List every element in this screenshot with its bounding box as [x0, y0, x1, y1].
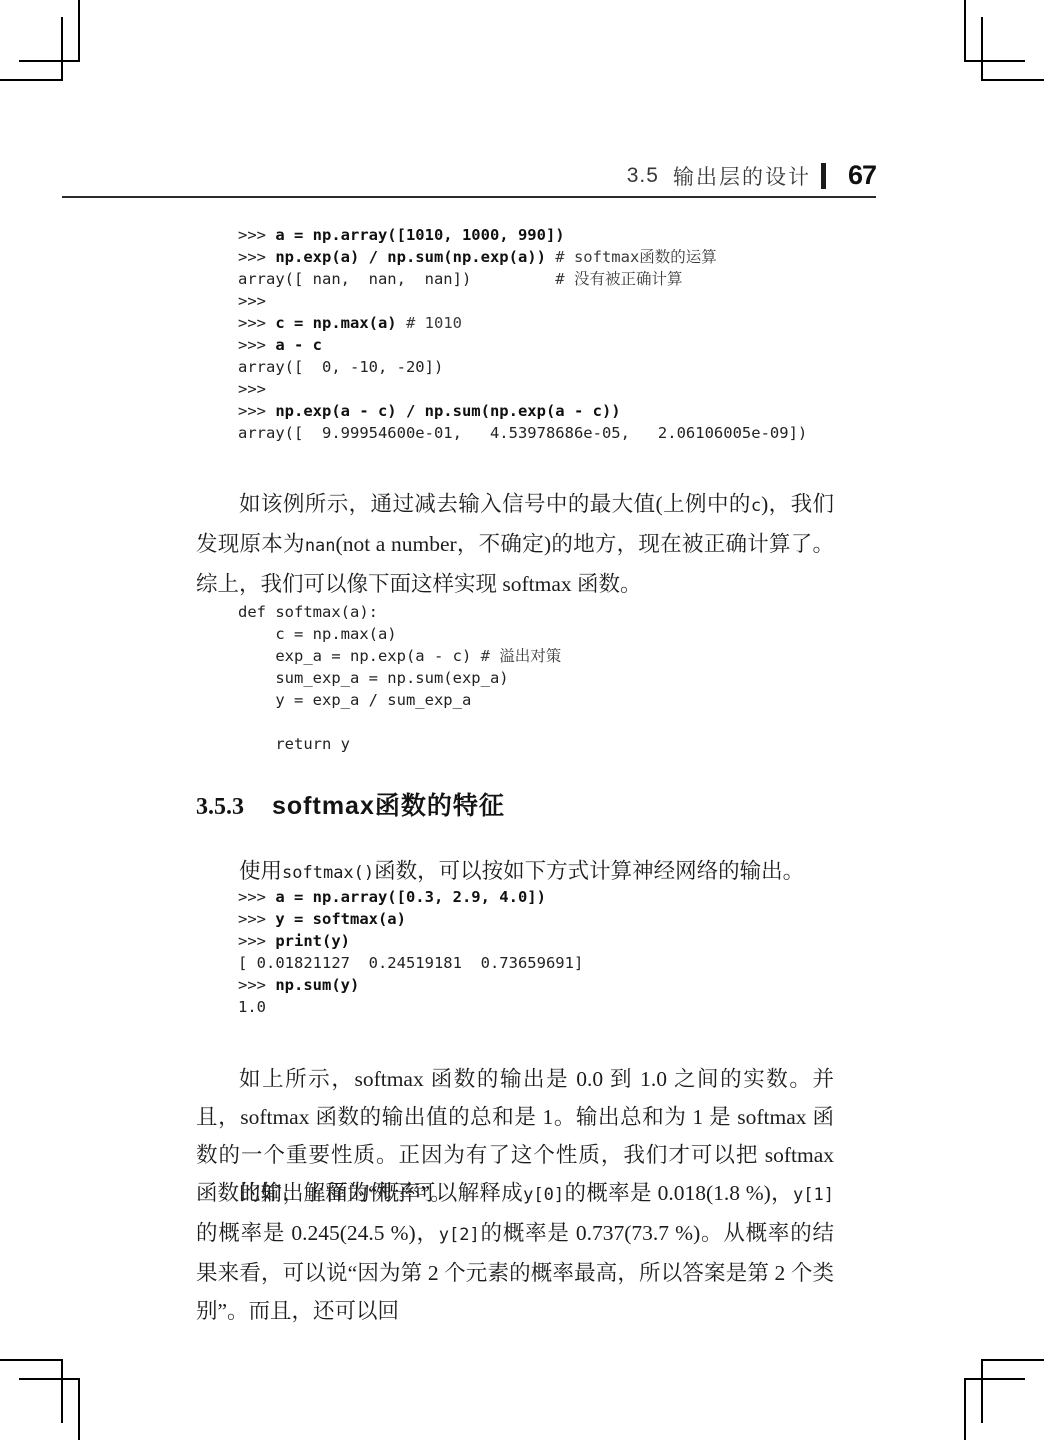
- crop-mark-top-right: [964, 60, 1025, 62]
- code-line: >>> a = np.array([0.3, 2.9, 4.0]): [238, 886, 583, 908]
- code-line: >>> np.exp(a - c) / np.sum(np.exp(a - c)…: [238, 400, 807, 422]
- crop-mark-bottom-left: [19, 1378, 80, 1380]
- inline-code: nan: [305, 536, 336, 556]
- inline-code: y[2]: [439, 1225, 480, 1245]
- code-line: array([ nan, nan, nan]) # 没有被正确计算: [238, 268, 807, 290]
- page-number: 67: [848, 160, 876, 191]
- crop-mark-bottom-right: [981, 1359, 983, 1423]
- code-line: sum_exp_a = np.sum(exp_a): [238, 667, 561, 689]
- header-section-number: 3.5: [627, 164, 659, 188]
- code-line: >>>: [238, 290, 807, 312]
- code-block-softmax-def: def softmax(a): c = np.max(a) exp_a = np…: [238, 601, 561, 755]
- text-segment: 比如，上面的例子可以解释成: [239, 1181, 523, 1205]
- code-line: def softmax(a):: [238, 601, 561, 623]
- code-line: >>> np.exp(a) / np.sum(np.exp(a)) # soft…: [238, 246, 807, 268]
- crop-mark-bottom-right: [964, 1378, 966, 1440]
- text-segment: 如该例所示，通过减去输入信号中的最大值(上例中的: [239, 492, 751, 516]
- section-heading: 3.5.3 softmax函数的特征: [196, 786, 505, 822]
- section-heading-number: 3.5.3: [196, 794, 244, 821]
- code-line: >>>: [238, 378, 807, 400]
- code-line: y = exp_a / sum_exp_a: [238, 689, 561, 711]
- code-block-softmax-usage: >>> a = np.array([0.3, 2.9, 4.0])>>> y =…: [238, 886, 583, 1018]
- code-line: >>> print(y): [238, 930, 583, 952]
- text-segment: 函数，可以按如下方式计算神经网络的输出。: [374, 859, 804, 883]
- code-line: array([ 0, -10, -20]): [238, 356, 807, 378]
- crop-mark-top-left: [19, 60, 80, 62]
- crop-mark-bottom-right: [964, 1378, 1025, 1380]
- code-block-overflow-example: >>> a = np.array([1010, 1000, 990])>>> n…: [238, 224, 807, 444]
- section-heading-title: softmax函数的特征: [272, 786, 505, 822]
- inline-code: c: [751, 496, 761, 516]
- header-section-title: 输出层的设计: [673, 161, 811, 191]
- text-segment: 的概率是 0.245(24.5 %)，: [196, 1221, 439, 1245]
- paragraph: 如该例所示，通过减去输入信号中的最大值(上例中的c)，我们发现原本为nan(no…: [196, 485, 834, 603]
- code-line: >>> np.sum(y): [238, 974, 583, 996]
- code-line: >>> y = softmax(a): [238, 908, 583, 930]
- code-line: return y: [238, 733, 561, 755]
- code-line: array([ 9.99954600e-01, 4.53978686e-05, …: [238, 422, 807, 444]
- crop-mark-top-right: [981, 17, 983, 81]
- code-line: 1.0: [238, 996, 583, 1018]
- crop-mark-bottom-left: [0, 1359, 63, 1361]
- code-line: c = np.max(a): [238, 623, 561, 645]
- text-segment: 使用: [239, 859, 282, 883]
- paragraph: 比如，上面的例子可以解释成y[0]的概率是 0.018(1.8 %)，y[1]的…: [196, 1174, 834, 1330]
- code-line: >>> a - c: [238, 334, 807, 356]
- crop-mark-bottom-right: [981, 1359, 1044, 1361]
- inline-code: softmax(): [282, 863, 374, 883]
- code-line: [238, 711, 561, 733]
- text-segment: 的概率是 0.018(1.8 %)，: [564, 1181, 793, 1205]
- code-line: [ 0.01821127 0.24519181 0.73659691]: [238, 952, 583, 974]
- crop-mark-top-left: [0, 79, 63, 81]
- code-line: >>> a = np.array([1010, 1000, 990]): [238, 224, 807, 246]
- page-header: 3.5 输出层的设计 67: [62, 160, 876, 191]
- crop-mark-top-left: [78, 0, 80, 62]
- code-line: exp_a = np.exp(a - c) # 溢出对策: [238, 645, 561, 667]
- inline-code: y[0]: [523, 1185, 564, 1205]
- header-rule: [62, 196, 876, 198]
- code-line: >>> c = np.max(a) # 1010: [238, 312, 807, 334]
- crop-mark-bottom-left: [78, 1378, 80, 1440]
- book-page: 3.5 输出层的设计 67 >>> a = np.array([1010, 10…: [0, 0, 1044, 1440]
- crop-mark-top-right: [964, 0, 966, 62]
- crop-mark-bottom-left: [61, 1359, 63, 1423]
- crop-mark-top-right: [981, 79, 1044, 81]
- crop-mark-top-left: [61, 17, 63, 81]
- header-divider-bar: [821, 163, 826, 189]
- inline-code: y[1]: [793, 1185, 834, 1205]
